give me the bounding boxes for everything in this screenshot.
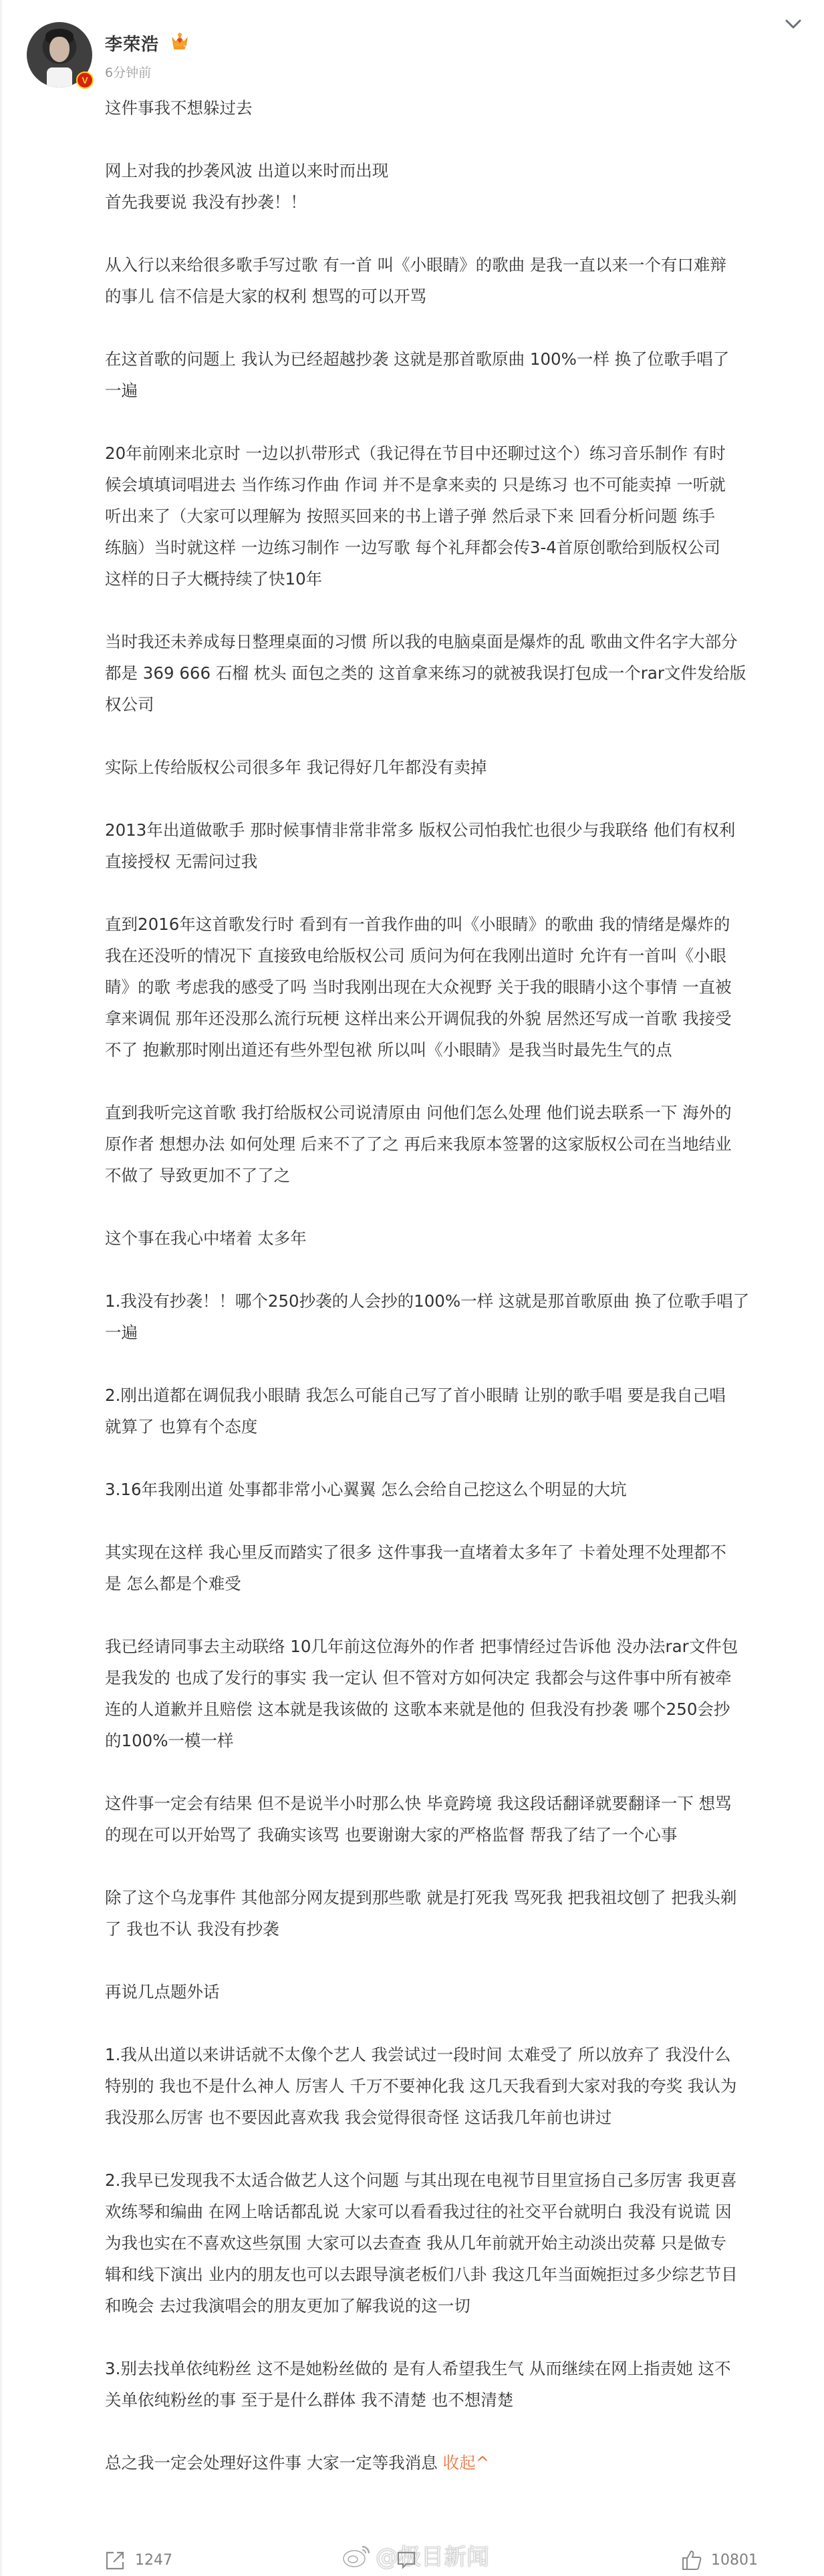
post-text-line: 这件事一定会有结果 但不是说半小时那么快 毕竟跨境 我这段话翻译就要翻译一下 想… (105, 1788, 807, 1819)
post-text-line: 的现在可以开始骂了 我确实该骂 也要谢谢大家的严格监督 帮我了结了一个心事 (105, 1819, 807, 1850)
post-text-line: 为我也实在不喜欢这些氛围 大家可以去查查 我从几年前就开始主动淡出荧幕 只是做专 (105, 2227, 807, 2259)
post-text-line: 1.我没有抄袭！！哪个250抄袭的人会抄的100%一样 这就是那首歌原曲 换了位… (105, 1285, 807, 1317)
post-text-line: 2.刚出道都在调侃我小眼睛 我怎么可能自己写了首小眼睛 让别的歌手唱 要是我自己… (105, 1380, 807, 1411)
post-text-line: 我没那么厉害 也不要因此喜欢我 我会觉得很奇怪 这话我几年前也讲过 (105, 2102, 807, 2133)
post-text-line: 关单依纯粉丝的事 至于是什么群体 我不清楚 也不想清楚 (105, 2384, 807, 2416)
post-text-line: 一遍 (105, 375, 807, 406)
username[interactable]: 李荣浩 (105, 31, 159, 55)
post-text-line: 权公司 (105, 689, 807, 720)
post-text-line: 都是 369 666 石榴 枕头 面包之类的 这首拿来练习的就被我误打包成一个r… (105, 657, 807, 689)
post-text-line: 20年前刚来北京时 一边以扒带形式（我记得在节目中还聊过这个）练习音乐制作 有时 (105, 438, 807, 469)
thumbs-up-icon (682, 2549, 702, 2571)
paragraph-spacer (105, 1599, 807, 1631)
post-text-line: 这件事我不想躲过去 (105, 92, 807, 124)
post-text-line: 不做了 导致更加不了了之 (105, 1160, 807, 1191)
post-text-line: 一遍 (105, 1317, 807, 1348)
post-text-line: 我在还没听的情况下 直接致电给版权公司 质问为何在我刚出道时 允许有一首叫《小眼 (105, 940, 807, 971)
paragraph-spacer (105, 877, 807, 909)
post-body: 这件事我不想躲过去网上对我的抄袭风波 出道以来时而出现首先我要说 我没有抄袭！！… (105, 92, 807, 2478)
post-text-line: 其实现在这样 我心里反而踏实了很多 这件事我一直堵着太多年了 卡着处理不处理都不 (105, 1537, 807, 1568)
paragraph-spacer (105, 2321, 807, 2353)
paragraph-spacer (105, 2416, 807, 2447)
paragraph-spacer (105, 312, 807, 343)
post-text-line: 从入行以来给很多歌手写过歌 有一首 叫《小眼睛》的歌曲 是我一直以来一个有口难辩 (105, 249, 807, 281)
paragraph-spacer (105, 1348, 807, 1380)
repost-count: 1247 (135, 2552, 172, 2569)
paragraph-spacer (105, 595, 807, 626)
post-text-line: 连的人道歉并且赔偿 这本就是我该做的 这歌本来就是他的 但我没有抄袭 哪个250… (105, 1694, 807, 1725)
post-text-line: 了 我也不认 我没有抄袭 (105, 1913, 807, 1945)
svg-text:7: 7 (184, 45, 187, 51)
verified-badge-icon: V (76, 71, 94, 89)
post-text-line: 听出来了（大家可以理解为 按照买回来的书上谱子弹 然后录下来 回看分析问题 练手 (105, 500, 807, 532)
post-text-line: 就算了 也算有个态度 (105, 1411, 807, 1442)
paragraph-spacer (105, 1066, 807, 1097)
avatar-shirt (47, 67, 72, 88)
paragraph-spacer (105, 1191, 807, 1223)
left-edge-divider (0, 0, 2, 2576)
post-footer: 1247 10801 (0, 2544, 824, 2576)
post-text-final: 总之我一定会处理好这件事 大家一定等我消息 (105, 2453, 443, 2472)
paragraph-spacer (105, 2133, 807, 2164)
post-text-line: 和晚会 去过我演唱会的朋友更加了解我说的这一切 (105, 2290, 807, 2321)
post-text-line: 这样的日子大概持续了快10年 (105, 563, 807, 595)
post-text-line: 原作者 想想办法 如何处理 后来不了了之 再后来我原本签署的这家版权公司在当地结… (105, 1128, 807, 1160)
paragraph-spacer (105, 1254, 807, 1285)
comment-button[interactable] (396, 2544, 426, 2576)
post-text-line: 是 怎么都是个难受 (105, 1568, 807, 1599)
post-text-line: 直接授权 无需问过我 (105, 846, 807, 877)
post-text-line: 当时我还未养成每日整理桌面的习惯 所以我的电脑桌面是爆炸的乱 歌曲文件名字大部分 (105, 626, 807, 657)
crown-badge-icon[interactable]: 7 (170, 32, 189, 51)
post-text-line: 拿来调侃 那年还没那么流行玩梗 这样出来公开调侃我的外貌 居然还写成一首歌 我接… (105, 1003, 807, 1034)
like-count: 10801 (711, 2552, 758, 2569)
post-text-line: 首先我要说 我没有抄袭！！ (105, 186, 807, 218)
paragraph-spacer (105, 1442, 807, 1474)
post-text-line: 总之我一定会处理好这件事 大家一定等我消息 收起^ (105, 2447, 807, 2478)
post-text-line: 实际上传给版权公司很多年 我记得好几年都没有卖掉 (105, 752, 807, 783)
post-text-line: 直到2016年这首歌发行时 看到有一首我作曲的叫《小眼睛》的歌曲 我的情绪是爆炸… (105, 909, 807, 940)
comment-icon (396, 2550, 416, 2570)
repost-button[interactable]: 1247 (106, 2544, 172, 2576)
paragraph-spacer (105, 2007, 807, 2039)
post-text-line: 2013年出道做歌手 那时候事情非常非常多 版权公司怕我忙也很少与我联络 他们有… (105, 814, 807, 846)
post-text-line: 直到我听完这首歌 我打给版权公司说清原由 问他们怎么处理 他们说去联系一下 海外… (105, 1097, 807, 1128)
paragraph-spacer (105, 1756, 807, 1788)
post-text-line: 1.我从出道以来讲话就不太像个艺人 我尝试过一段时间 太难受了 所以放弃了 我没… (105, 2039, 807, 2070)
post-text-line: 欢练琴和编曲 在网上啥话都乱说 大家可以看看我过往的社交平台就明白 我没有说谎 … (105, 2196, 807, 2227)
paragraph-spacer (105, 1850, 807, 1882)
avatar-face (49, 37, 70, 62)
paragraph-spacer (105, 406, 807, 438)
post-text-line: 是我发的 也成了发行的事实 我一定认 但不管对方如何决定 我都会与这件事中所有被… (105, 1662, 807, 1694)
post-text-line: 睛》的歌 考虑我的感受了吗 当时我刚出现在大众视野 关于我的眼睛小这个事情 一直… (105, 971, 807, 1003)
post-text-line: 不了 抱歉那时刚出道还有些外型包袱 所以叫《小眼睛》是我当时最先生气的点 (105, 1034, 807, 1066)
post-text-line: 我已经请同事去主动联络 10几年前这位海外的作者 把事情经过告诉他 没办法rar… (105, 1631, 807, 1662)
post-text-line: 特别的 我也不是什么神人 厉害人 千万不要神化我 这几天我看到大家对我的夸奖 我… (105, 2070, 807, 2102)
chevron-down-icon[interactable] (785, 19, 802, 31)
post-text-line: 这个事在我心中堵着 太多年 (105, 1223, 807, 1254)
post-text-line: 的事儿 信不信是大家的权利 想骂的可以开骂 (105, 281, 807, 312)
post-text-line: 3.别去找单依纯粉丝 这不是她粉丝做的 是有人希望我生气 从而继续在网上指责她 … (105, 2353, 807, 2384)
post-text-line: 候会填填词唱进去 当作练习作曲 作词 并不是拿来卖的 只是练习 也不可能卖掉 一… (105, 469, 807, 500)
paragraph-spacer (105, 218, 807, 249)
post-text-line: 网上对我的抄袭风波 出道以来时而出现 (105, 155, 807, 186)
paragraph-spacer (105, 720, 807, 752)
post-text-line: 再说几点题外话 (105, 1976, 807, 2007)
paragraph-spacer (105, 1505, 807, 1537)
paragraph-spacer (105, 1945, 807, 1976)
post-text-line: 3.16年我刚出道 处事都非常小心翼翼 怎么会给自己挖这么个明显的大坑 (105, 1474, 807, 1505)
post-timestamp: 6分钟前 (105, 63, 151, 81)
collapse-link[interactable]: 收起^ (443, 2453, 490, 2472)
post-text-line: 的100%一模一样 (105, 1725, 807, 1756)
post-text-line: 在这首歌的问题上 我认为已经超越抄袭 这就是那首歌原曲 100%一样 换了位歌手… (105, 343, 807, 375)
repost-icon (106, 2550, 126, 2570)
paragraph-spacer (105, 783, 807, 814)
post-text-line: 除了这个乌龙事件 其他部分网友提到那些歌 就是打死我 骂死我 把我祖坟刨了 把我… (105, 1882, 807, 1913)
post-text-line: 2.我早已发现我不太适合做艺人这个问题 与其出现在电视节目里宣扬自己多厉害 我更… (105, 2164, 807, 2196)
paragraph-spacer (105, 124, 807, 155)
post-text-line: 练脑）当时就这样 一边练习制作 一边写歌 每个礼拜都会传3-4首原创歌给到版权公… (105, 532, 807, 563)
post-text-line: 辑和线下演出 业内的朋友也可以去跟导演老板们八卦 我这几年当面婉拒过多少综艺节目 (105, 2259, 807, 2290)
like-button[interactable]: 10801 (682, 2544, 758, 2576)
